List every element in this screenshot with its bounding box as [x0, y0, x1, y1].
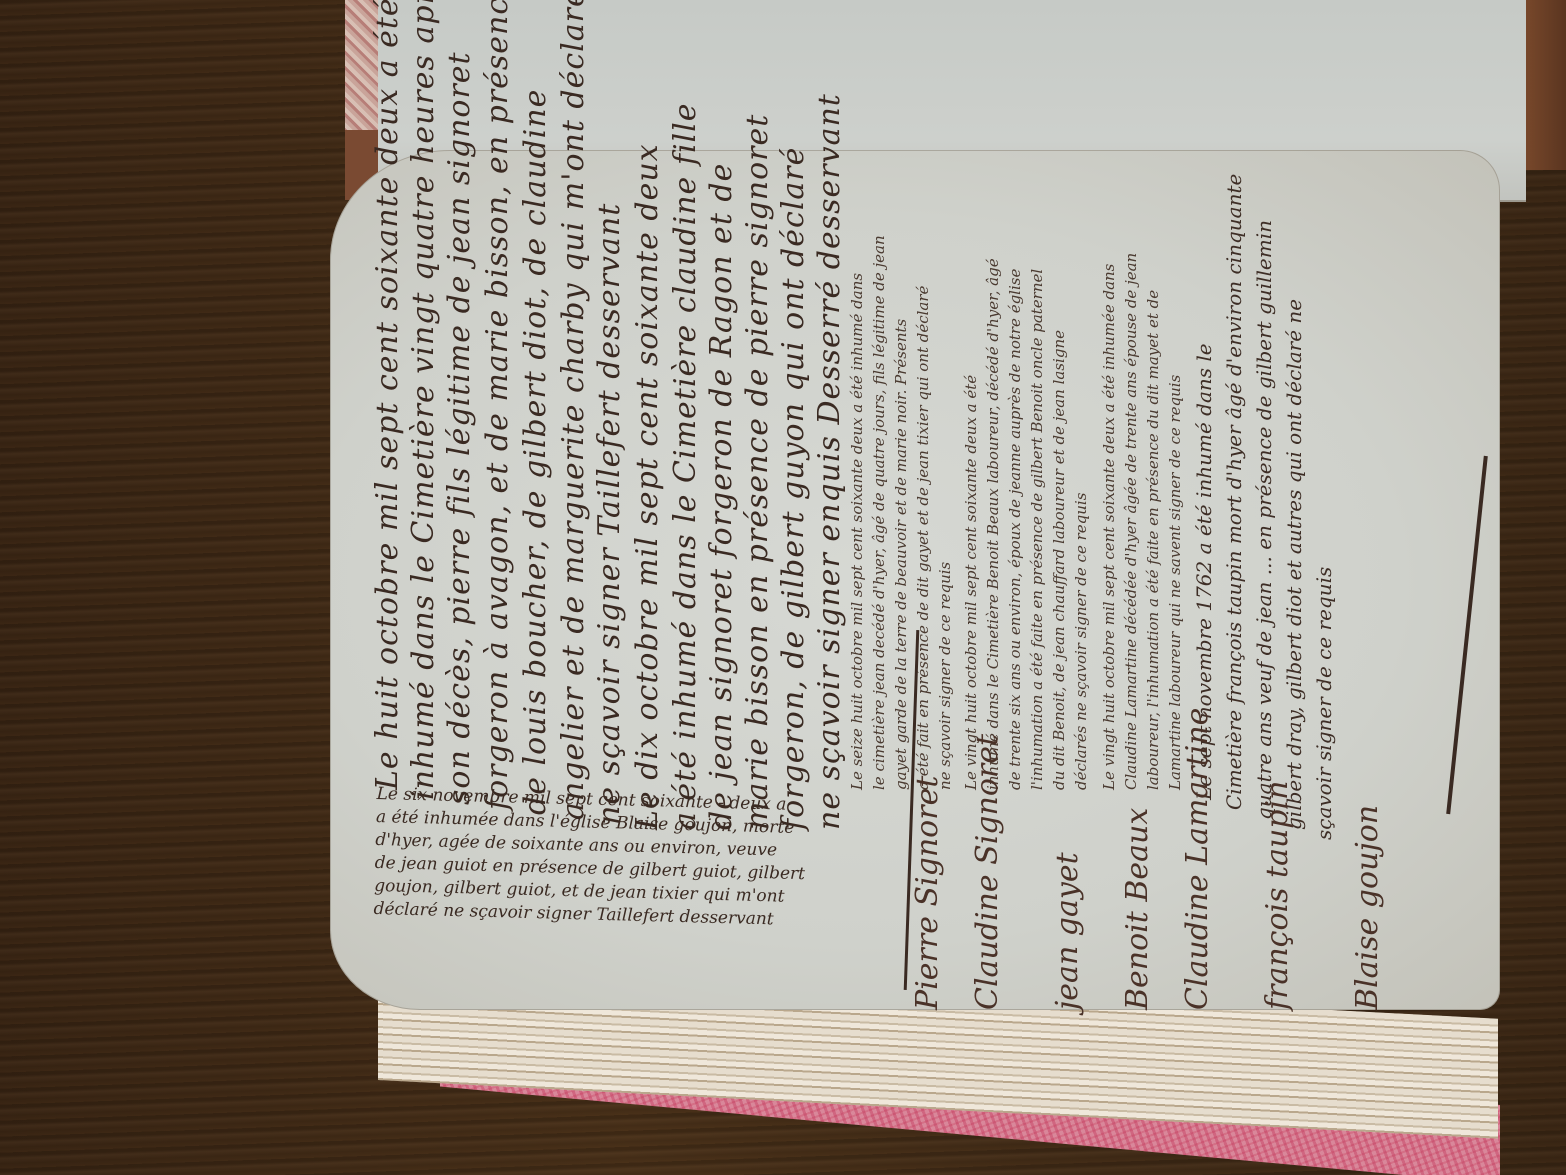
entry-line: a été fait en présence de dit gayet et d… [914, 286, 932, 790]
entry-line: forgeron, de gilbert guyon qui ont décla… [776, 147, 811, 830]
entry-line: Le huit octobre mil sept cent soixante d… [370, 0, 405, 790]
entry-line: l'inhumation a été faite en présence de … [1028, 269, 1046, 790]
entry-line: marie bisson en présence de pierre signo… [740, 114, 775, 830]
entry-line: gayet garde de la terre de beauvoir et d… [892, 319, 910, 790]
book-cover-edge [1520, 0, 1566, 170]
entry-line: sçavoir signer de ce requis [1312, 567, 1336, 840]
entry-line: laboureur, l'inhumation a été faite en p… [1144, 290, 1162, 790]
entry-line: inhumé dans le Cimetière Benoit Beaux la… [984, 258, 1002, 790]
entry-line: Claudine Lamartine décédée d'hyer âgée d… [1122, 253, 1140, 790]
entry-line: Le seize huit octobre mil sept cent soix… [848, 273, 866, 790]
entry-line: angelier et de marguerite charby qui m'o… [556, 0, 591, 820]
margin-name: jean gayet [1050, 852, 1085, 1010]
margin-name: Blaise goujon [1350, 805, 1385, 1010]
entry-line: a été inhumé dans le Cimetière claudine … [668, 103, 703, 831]
entry-line: son décès, pierre fils légitime de jean … [442, 51, 477, 805]
entry-line: forgeron à avagon, et de marie bisson, e… [480, 0, 515, 810]
entry-line: Le dix octobre mil sept cent soixante de… [630, 143, 665, 830]
margin-name: françois taupin [1260, 781, 1295, 1010]
margin-name: Benoit Beaux [1120, 808, 1155, 1010]
entry-line: de jean signoret forgeron de Ragon et de [704, 163, 739, 830]
entry-line: de trente six ans ou environ, époux de j… [1006, 269, 1024, 790]
entry-line: Le vingt huit octobre mil sept cent soix… [962, 375, 980, 790]
margin-name: Claudine Signoret [970, 734, 1005, 1010]
entry-line: ne sçavoir signer de ce requis [936, 562, 954, 790]
entry-line: inhumé dans le Cimetière vingt quatre he… [406, 0, 441, 800]
entry-line: Le vingt huit octobre mil sept cent soix… [1100, 264, 1118, 790]
bottom-entry: Le six novembre mil sept cent soixante -… [373, 783, 916, 935]
entry-line: de louis boucher, de gilbert diot, de cl… [518, 89, 553, 815]
entry-line: le cimetière jean decédé d'hyer, âgé de … [870, 235, 888, 790]
entry-line: quatre ans veuf de jean ... en présence … [1252, 220, 1276, 820]
entry-line: ne sçavoir signer Taillefert desservant [592, 203, 627, 825]
entry-line: ne sçavoir signer enquis Desserré desser… [812, 93, 847, 830]
entry-line: déclarés ne sçavoir signer de ce requis [1072, 493, 1090, 790]
margin-name: Claudine Lamartine [1180, 708, 1215, 1010]
entry-line: Cimetière françois taupin mort d'hyer âg… [1222, 174, 1246, 810]
entry-line: du dit Benoit, de jean chauffard laboure… [1050, 330, 1068, 790]
entry-line: gilbert dray, gilbert diot et autres qui… [1282, 299, 1306, 830]
